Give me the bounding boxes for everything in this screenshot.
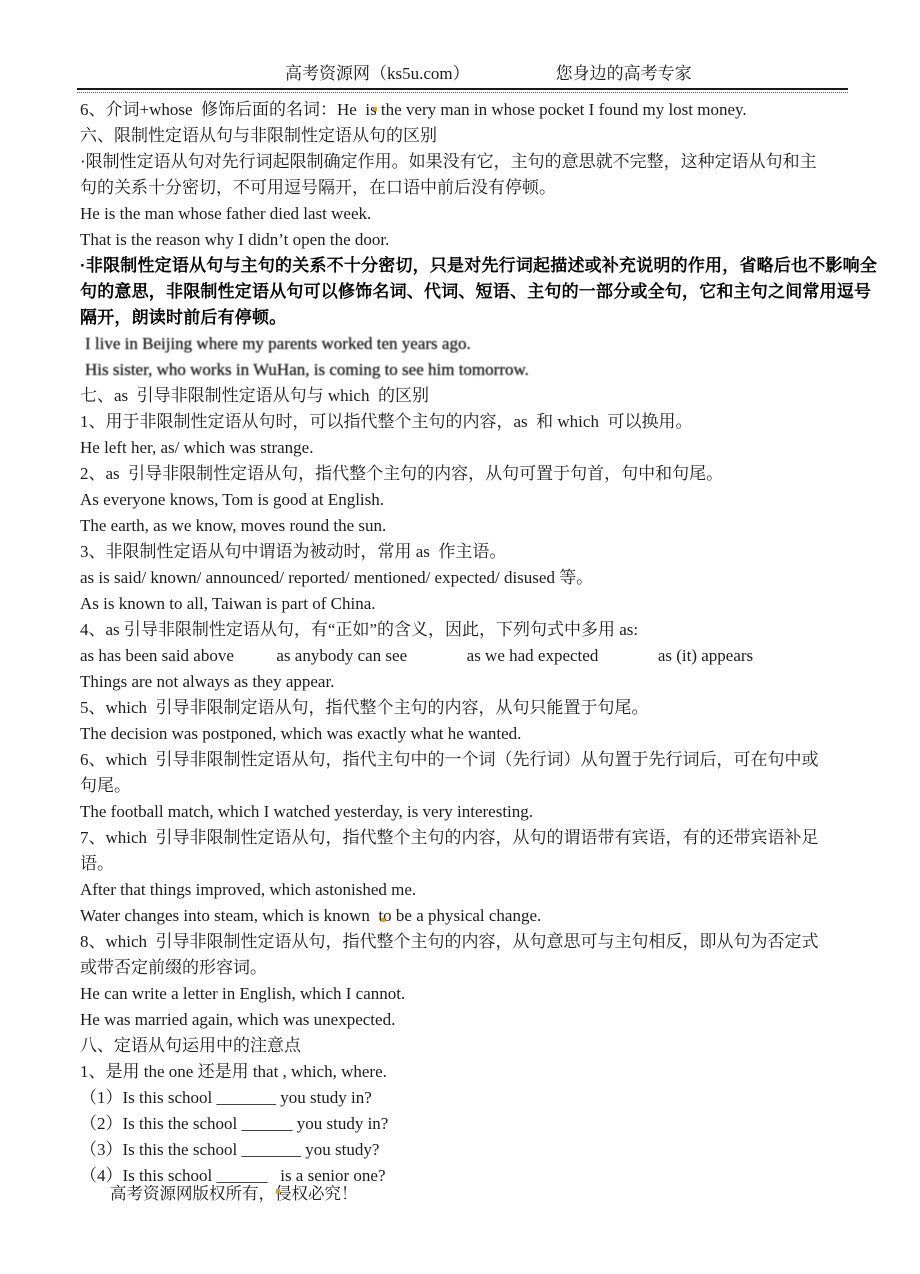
text-line: The decision was postponed, which was ex… [80,721,852,747]
text-line: 6、which 引导非限制性定语从句，指代主句中的一个词（先行词）从句置于先行词… [80,747,852,773]
header-site-name: 高考资源网（ks5u.com） [285,63,470,85]
scan-artifact-dot [276,1189,280,1193]
text-line: 隔开，朗读时前后有停顿。 [80,305,918,331]
text-line: 八、定语从句运用中的注意点 [80,1033,852,1059]
text-line: He is the man whose father died last wee… [80,201,852,227]
text-line: 5、which 引导非限制定语从句，指代整个主句的内容，从句只能置于句尾。 [80,695,852,721]
text-line: 2、as 引导非限制性定语从句，指代整个主句的内容，从句可置于句首，句中和句尾。 [80,461,852,487]
text-line: His sister, who works in WuHan, is comin… [80,357,852,383]
document-body: 6、介词+whose 修饰后面的名词：He is the very man in… [80,97,852,1189]
text-line: As is known to all, Taiwan is part of Ch… [80,591,852,617]
text-line: 7、which 引导非限制性定语从句，指代整个主句的内容，从句的谓语带有宾语，有… [80,825,852,851]
text-line: The earth, as we know, moves round the s… [80,513,852,539]
text-line: 句的意思，非限制性定语从句可以修饰名词、代词、短语、主句的一部分或全句，它和主句… [80,279,918,305]
text-line: 4、as 引导非限制性定语从句，有“正如”的含义，因此，下列句式中多用 as: [80,617,852,643]
text-line: 8、which 引导非限制性定语从句，指代整个主句的内容，从句意思可与主句相反，… [80,929,852,955]
header-divider [77,88,848,93]
text-line: 6、介词+whose 修饰后面的名词：He is the very man in… [80,97,852,123]
text-line: That is the reason why I didn’t open the… [80,227,852,253]
text-line: Water changes into steam, which is known… [80,903,852,929]
footer-copyright: 高考资源网版权所有，侵权必究！ [110,1184,358,1203]
text-line: 句尾。 [80,773,852,799]
text-line: 3、非限制性定语从句中谓语为被动时，常用 as 作主语。 [80,539,852,565]
text-line: （2）Is this the school ______ you study i… [80,1111,852,1137]
text-line: I live in Beijing where my parents worke… [80,331,852,357]
text-line: 语。 [80,851,852,877]
text-line: The football match, which I watched yest… [80,799,852,825]
text-line: 六、限制性定语从句与非限制性定语从句的区别 [80,123,852,149]
text-line: 1、用于非限制性定语从句时，可以指代整个主句的内容，as 和 which 可以换… [80,409,852,435]
page-footer: 高考资源网版权所有，侵权必究！ [110,1183,358,1205]
text-line: 或带否定前缀的形容词。 [80,955,852,981]
scan-artifact-dot [373,107,377,111]
text-line: Things are not always as they appear. [80,669,852,695]
page-header: 高考资源网（ks5u.com） 您身边的高考专家 [285,63,692,85]
text-line: as has been said above as anybody can se… [80,643,852,669]
document-page: 高考资源网（ks5u.com） 您身边的高考专家 6、介词+whose 修饰后面… [0,0,920,1274]
text-line: He was married again, which was unexpect… [80,1007,852,1033]
text-line: as is said/ known/ announced/ reported/ … [80,565,852,591]
text-line: 句的关系十分密切，不可用逗号隔开，在口语中前后没有停顿。 [80,175,852,201]
text-line: 1、是用 the one 还是用 that , which, where. [80,1059,852,1085]
text-line: As everyone knows, Tom is good at Englis… [80,487,852,513]
text-line: He can write a letter in English, which … [80,981,852,1007]
text-line: After that things improved, which astoni… [80,877,852,903]
text-line: 七、as 引导非限制性定语从句与 which 的区别 [80,383,852,409]
text-line: （1）Is this school _______ you study in? [80,1085,852,1111]
text-line: ·非限制性定语从句与主句的关系不十分密切，只是对先行词起描述或补充说明的作用，省… [80,253,918,279]
text-line: ·限制性定语从句对先行词起限制确定作用。如果没有它，主句的意思就不完整，这种定语… [80,149,852,175]
scan-artifact-dot [381,918,385,922]
header-slogan: 您身边的高考专家 [556,63,692,85]
text-line: He left her, as/ which was strange. [80,435,852,461]
text-line: （3）Is this the school _______ you study? [80,1137,852,1163]
